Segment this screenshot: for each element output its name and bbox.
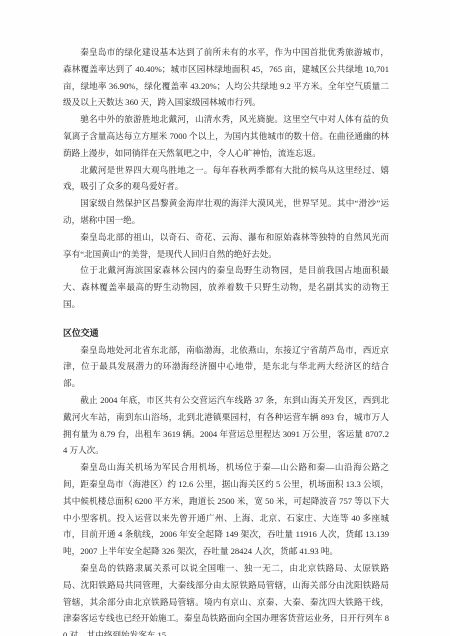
paragraph-airport: 秦皇岛山海关机场为军民合用机场，机场位于秦—山公路和秦—山沿海公路之间，距秦皇岛… — [63, 459, 389, 560]
paragraph-greening: 秦皇岛市的绿化建设基本达到了前所未有的水平，作为中国首批优秀旅游城市，森林覆盖率… — [63, 44, 389, 111]
paragraph-golden-coast: 国家级自然保护区昌黎黄金海岸壮观的海洋大漠风光，世界罕见。其中“滑沙”运动，堪称… — [63, 195, 389, 229]
paragraph-bird-watching: 北戴河是世界四大观鸟胜地之一。每年春秋两季都有大批的候鸟从这里经过、嬉戏，吸引了… — [63, 162, 389, 196]
section-city-overview: 秦皇岛市的绿化建设基本达到了前所未有的水平，作为中国首批优秀旅游城市，森林覆盖率… — [63, 44, 389, 313]
paragraph-wildlife-park: 位于北戴河海滨国家森林公园内的秦皇岛野生动物园，是目前我国占地面积最大、森林覆盖… — [63, 262, 389, 312]
paragraph-beidaihe-resort: 驰名中外的旅游胜地北戴河，山清水秀，风光旖旎。这里空气中对人体有益的负氧离子含量… — [63, 111, 389, 161]
paragraph-bus-transit: 截止 2004 年底，市区共有公交营运汽车线路 37 条，东到山海关开发区，西到… — [63, 392, 389, 459]
section-location-transport: 区位交通 秦皇岛地处河北省东北部，南临渤海，北依燕山，东接辽宁省葫芦岛市，西近京… — [63, 325, 389, 636]
paragraph-railway: 秦皇岛的铁路隶属关系可以说全国唯一、独一无二，由北京铁路局、太原铁路局、沈阳铁路… — [63, 560, 389, 636]
paragraph-zushan-mountain: 秦皇岛北部的祖山，以奇石、奇花、云海、瀑布和原始森林等独特的自然风光而享有“北国… — [63, 229, 389, 263]
document-page: 秦皇岛市的绿化建设基本达到了前所未有的水平，作为中国首批优秀旅游城市，森林覆盖率… — [0, 0, 450, 636]
paragraph-geographic-location: 秦皇岛地处河北省东北部，南临渤海，北依燕山，东接辽宁省葫芦岛市，西近京津，位于最… — [63, 342, 389, 392]
section-heading-location-transport: 区位交通 — [63, 325, 389, 342]
